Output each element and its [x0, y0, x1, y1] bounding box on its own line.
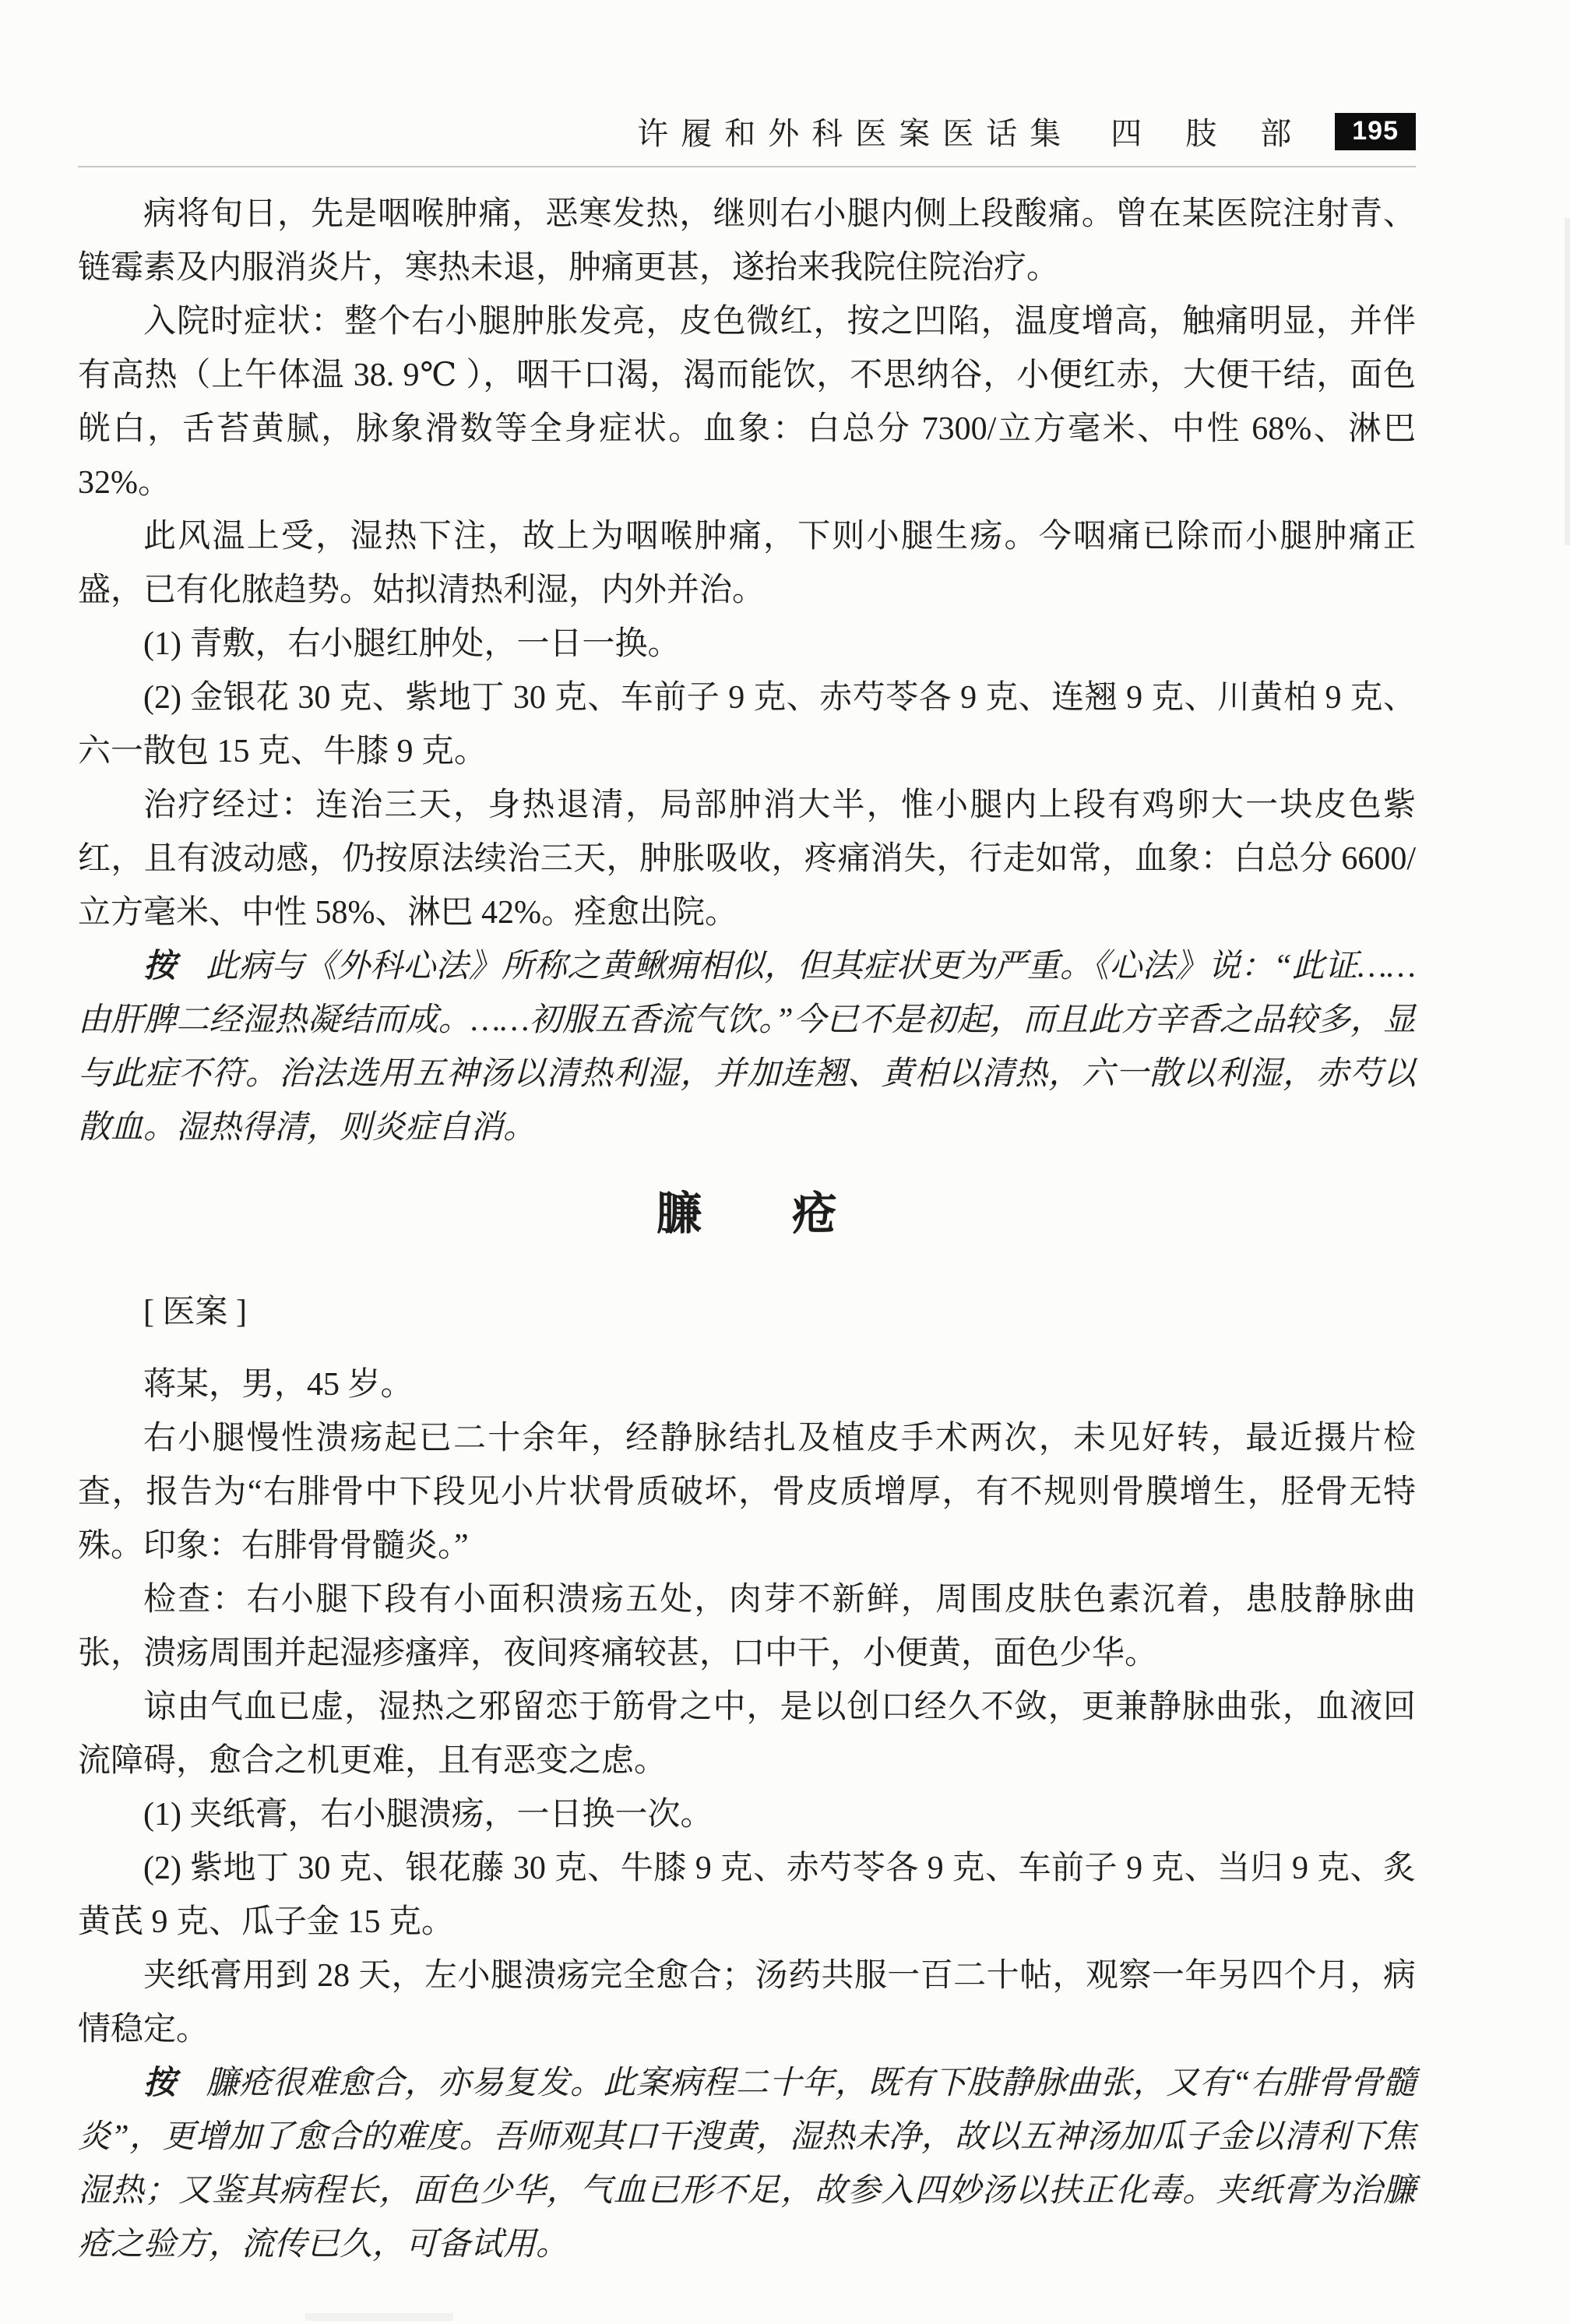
note-paragraph: 按此病与《外科心法》所称之黄鳅痈相似，但其症状更为严重。《心法》说：“此证……由…	[78, 940, 1416, 1155]
book-title: 许履和外科医案医话集	[637, 109, 1073, 153]
paragraph: 谅由气血已虚，湿热之邪留恋于筋骨之中，是以创口经久不敛，更兼静脉曲张，血液回流障…	[78, 1681, 1416, 1788]
patient-info-line: 蒋某，男，45 岁。	[78, 1358, 1416, 1412]
text-column: 许履和外科医案医话集 四 肢 部 195 病将旬日，先是咽喉肿痛，恶寒发热，继则…	[78, 0, 1416, 2272]
scan-artifact-bar	[305, 2313, 453, 2321]
prescription-line: (2) 金银花 30 克、紫地丁 30 克、车前子 9 克、赤芍苓各 9 克、连…	[78, 671, 1416, 779]
treatment-step-line: (1) 夹纸膏，右小腿溃疡，一日换一次。	[78, 1788, 1416, 1842]
paragraph: 检查：右小腿下段有小面积溃疡五处，肉芽不新鲜，周围皮肤色素沉着，患肢静脉曲张，溃…	[78, 1573, 1416, 1681]
page-number-badge: 195	[1335, 113, 1416, 150]
page-root: 许履和外科医案医话集 四 肢 部 195 病将旬日，先是咽喉肿痛，恶寒发热，继则…	[0, 0, 1570, 2324]
paragraph: 夹纸膏用到 28 天，左小腿溃疡完全愈合；汤药共服一百二十帖，观察一年另四个月，…	[78, 1949, 1416, 2057]
page-header: 许履和外科医案医话集 四 肢 部 195	[78, 109, 1416, 167]
section-part-label: 四 肢 部	[1111, 109, 1297, 153]
note-text: 此病与《外科心法》所称之黄鳅痈相似，但其症状更为严重。《心法》说：“此证……由肝…	[78, 949, 1416, 1146]
prescription-line: (2) 紫地丁 30 克、银花藤 30 克、牛膝 9 克、赤芍苓各 9 克、车前…	[78, 1842, 1416, 1949]
note-text: 臁疮很难愈合，亦易复发。此案病程二十年，既有下肢静脉曲张，又有“右腓骨骨髓炎”，…	[78, 2065, 1416, 2262]
paragraph: 入院时症状：整个右小腿肿胀发亮，皮色微红，按之凹陷，温度增高，触痛明显，并伴有高…	[78, 295, 1416, 510]
section-title: 臁 疮	[78, 1183, 1416, 1245]
paragraph: 右小腿慢性溃疡起已二十余年，经静脉结扎及植皮手术两次，未见好转，最近摄片检查，报…	[78, 1412, 1416, 1573]
paragraph: 治疗经过：连治三天，身热退清，局部肿消大半，惟小腿内上段有鸡卵大一块皮色紫红，且…	[78, 779, 1416, 940]
treatment-step-line: (1) 青敷，右小腿红肿处，一日一换。	[78, 618, 1416, 671]
paragraph: 病将旬日，先是咽喉肿痛，恶寒发热，继则右小腿内侧上段酸痛。曾在某医院注射青、链霉…	[78, 188, 1416, 295]
case-type-label: [ 医案 ]	[78, 1286, 1416, 1340]
scan-edge-smudge	[1565, 218, 1570, 545]
paragraph: 此风温上受，湿热下注，故上为咽喉肿痛，下则小腿生疡。今咽痛已除而小腿肿痛正盛，已…	[78, 510, 1416, 618]
note-label: 按	[143, 2065, 177, 2101]
note-paragraph: 按臁疮很难愈合，亦易复发。此案病程二十年，既有下肢静脉曲张，又有“右腓骨骨髓炎”…	[78, 2057, 1416, 2272]
note-label: 按	[143, 949, 176, 984]
